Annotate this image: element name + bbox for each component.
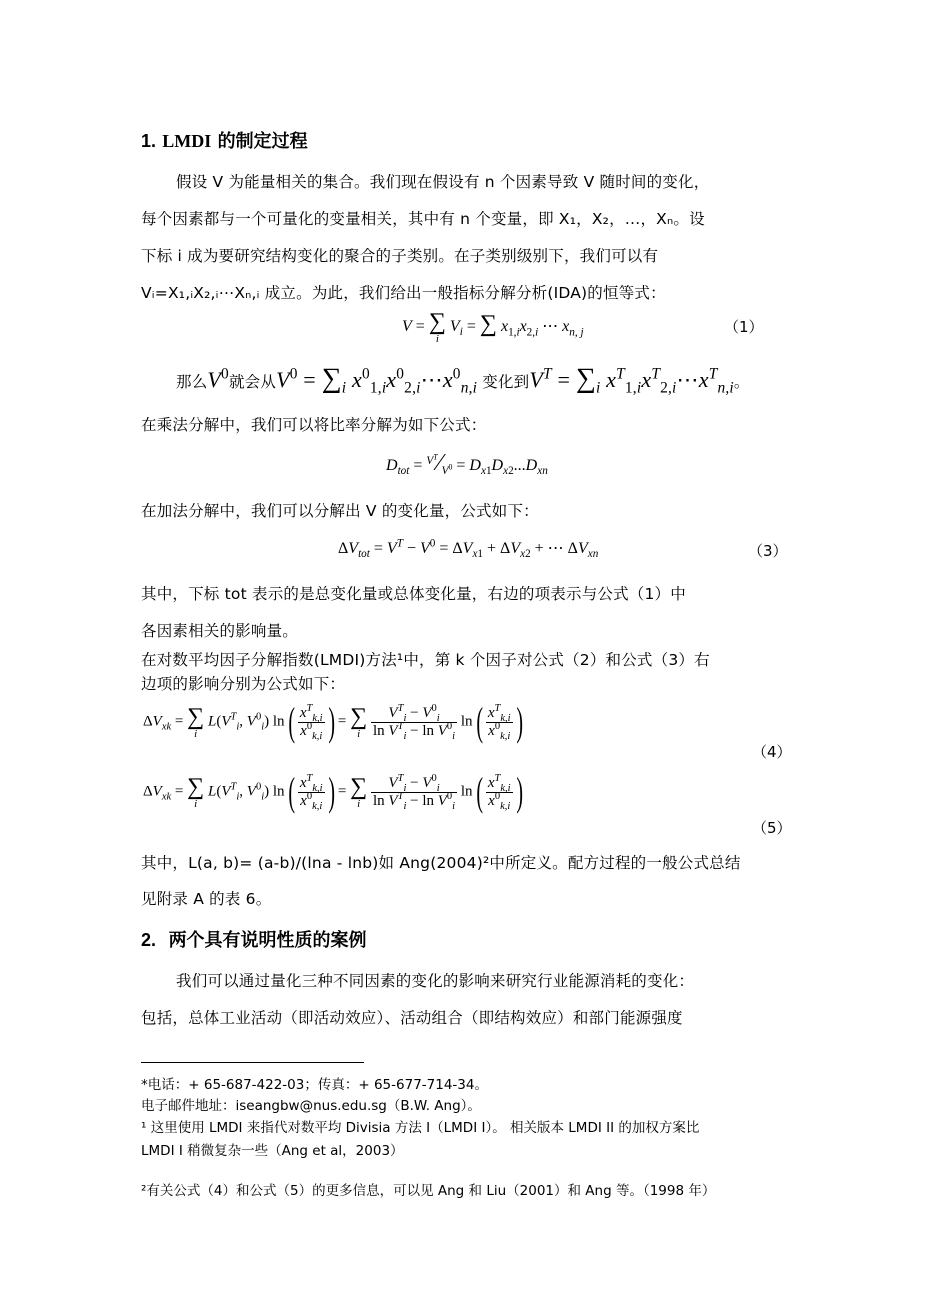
text: 就会从 — [229, 373, 276, 391]
paragraph-line: 在对数平均因子分解指数(LMDI)方法¹中，第 k 个因子对公式（2）和公式（3… — [141, 648, 710, 670]
equation-5: ΔVxk = ∑i L(VTi, V0i) ln(xTk,ix0k,i)= ∑i… — [143, 772, 526, 812]
footnote: 电子邮件地址：iseangbw@nus.edu.sg（B.W. Ang）。 — [141, 1094, 481, 1114]
footnote: *电话：+ 65-687-422-03；传真：+ 65-677-714-34。 — [141, 1073, 488, 1093]
text: 那么 — [176, 373, 207, 391]
paragraph-line: 假设 V 为能量相关的集合。我们现在假设有 n 个因素导致 V 随时间的变化， — [176, 170, 709, 192]
paragraph-line: 每个因素都与一个可量化的变量相关，其中有 n 个变量，即 X₁，X₂，…，Xₙ。… — [141, 207, 705, 229]
paragraph-line: 在乘法分解中，我们可以将比率分解为如下公式： — [141, 413, 486, 435]
paragraph-line: 下标 i 成为要研究结构变化的聚合的子类别。在子类别级别下，我们可以有 — [141, 244, 658, 266]
footnote-divider — [141, 1062, 364, 1063]
equation-3: ΔVtot = VT − V0 = ΔVx1 + ΔVx2 + ⋯ ΔVxn — [338, 538, 598, 558]
section-number: 2. — [141, 930, 156, 950]
document-page: 1. LMDI 的制定过程 假设 V 为能量相关的集合。我们现在假设有 n 个因… — [0, 0, 926, 1309]
footnote: LMDI I 稍微复杂一些（Ang et al，2003） — [141, 1139, 404, 1159]
equation-2: Dtot = VT⁄V0 = Dx1Dx2...Dxn — [386, 450, 548, 477]
equation-1: V = ∑i Vi = ∑ x1,ix2,i ⋯ xn, j — [402, 310, 584, 345]
text: 变化到 — [482, 373, 529, 391]
paragraph-line: 那么V0就会从V0 = ∑i x01,ix02,i⋯x0n,i 变化到VT = … — [176, 363, 750, 395]
footnote: ²有关公式（4）和公式（5）的更多信息，可以见 Ang 和 Liu（2001）和… — [141, 1179, 715, 1199]
text: 。 — [734, 373, 750, 391]
equation-number: （5） — [752, 817, 792, 838]
paragraph-line: 我们可以通过量化三种不同因素的变化的影响来研究行业能源消耗的变化： — [176, 969, 694, 991]
equation-number: （1） — [724, 316, 764, 337]
footnote: ¹ 这里使用 LMDI 来指代对数平均 Divisia 方法 I（LMDI I）… — [141, 1116, 699, 1136]
paragraph-line: 边项的影响分别为公式如下： — [141, 672, 345, 694]
paragraph-line: Vᵢ=X₁,ᵢX₂,ᵢ⋯Xₙ,ᵢ 成立。为此，我们给出一般指标分解分析(IDA)… — [141, 281, 666, 303]
equation-number: （3） — [748, 540, 788, 561]
section-1-heading: 1. LMDI 的制定过程 — [141, 127, 308, 153]
section-title-cjk: 的制定过程 — [211, 131, 307, 152]
equation-4: ΔVxk = ∑i L(VTi, V0i) ln(xTk,ix0k,i)= ∑i… — [143, 702, 526, 742]
paragraph-line: 其中，下标 tot 表示的是总变化量或总体变化量，右边的项表示与公式（1）中 — [141, 582, 686, 604]
section-number: 1. — [141, 131, 156, 151]
section-2-heading: 2. 两个具有说明性质的案例 — [141, 926, 367, 952]
paragraph-line: 在加法分解中，我们可以分解出 V 的变化量，公式如下： — [141, 499, 539, 521]
paragraph-line: 包括，总体工业活动（即活动效应）、活动组合（即结构效应）和部门能源强度 — [141, 1006, 683, 1028]
paragraph-line: 见附录 A 的表 6。 — [141, 887, 271, 909]
section-title: 两个具有说明性质的案例 — [169, 930, 367, 951]
paragraph-line: 其中，L(a, b)= (a-b)/(lna - lnb)如 Ang(2004)… — [141, 851, 741, 873]
paragraph-line: 各因素相关的影响量。 — [141, 619, 298, 641]
section-title-latin: LMDI — [162, 131, 211, 151]
equation-number: （4） — [752, 741, 792, 762]
